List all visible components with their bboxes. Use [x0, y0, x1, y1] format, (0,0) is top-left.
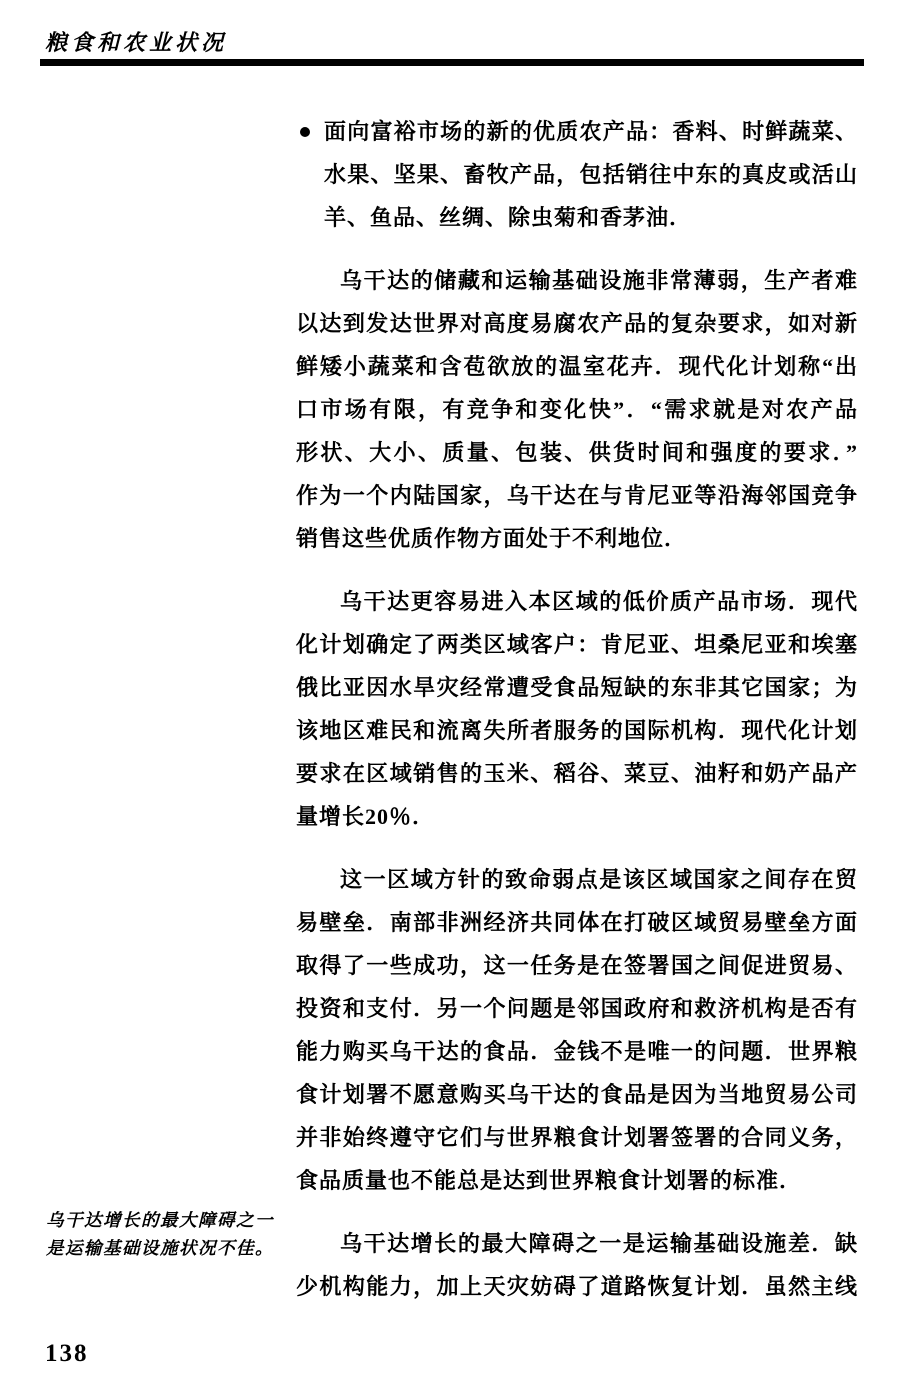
body-column: 面向富裕市场的新的优质农产品：香料、时鲜蔬菜、水果、坚果、畜牧产品，包括销往中东… — [296, 110, 858, 1328]
text-line: 鲜矮小蔬菜和含苞欲放的温室花卉．现代化计划称“出 — [296, 345, 858, 388]
text-line: 少机构能力，加上天灾妨碍了道路恢复计划．虽然主线 — [296, 1265, 858, 1308]
header-rule — [40, 59, 864, 66]
text-line: 要求在区域销售的玉米、稻谷、菜豆、油籽和奶产品产 — [296, 752, 858, 795]
text-line: 羊、鱼品、丝绸、除虫菊和香茅油． — [324, 196, 858, 239]
text-line: 乌干达增长的最大障碍之一是运输基础设施差．缺 — [296, 1222, 858, 1265]
text-line: 食计划署不愿意购买乌干达的食品是因为当地贸易公司 — [296, 1073, 858, 1116]
running-header: 粮食和农业状况 — [45, 26, 227, 57]
text-line: 量增长20％． — [296, 795, 858, 838]
body-paragraph: 乌干达增长的最大障碍之一是运输基础设施差．缺少机构能力，加上天灾妨碍了道路恢复计… — [296, 1222, 858, 1308]
margin-note-line: 乌干达增长的最大障碍之一 — [46, 1206, 286, 1234]
text-line: 化计划确定了两类区域客户：肯尼亚、坦桑尼亚和埃塞 — [296, 623, 858, 666]
page-number: 138 — [45, 1340, 89, 1368]
text-line: 这一区域方针的致命弱点是该区域国家之间存在贸 — [296, 858, 858, 901]
text-line: 乌干达的储藏和运输基础设施非常薄弱，生产者难 — [296, 259, 858, 302]
body-paragraph: 这一区域方针的致命弱点是该区域国家之间存在贸易壁垒．南部非洲经济共同体在打破区域… — [296, 858, 858, 1202]
text-line: 俄比亚因水旱灾经常遭受食品短缺的东非其它国家；为 — [296, 666, 858, 709]
text-line: 作为一个内陆国家，乌干达在与肯尼亚等沿海邻国竞争 — [296, 474, 858, 517]
text-line: 销售这些优质作物方面处于不利地位． — [296, 517, 858, 560]
body-paragraph: 乌干达的储藏和运输基础设施非常薄弱，生产者难以达到发达世界对高度易腐农产品的复杂… — [296, 259, 858, 560]
text-line: 面向富裕市场的新的优质农产品：香料、时鲜蔬菜、 — [324, 110, 858, 153]
margin-note: 乌干达增长的最大障碍之一 是运输基础设施状况不佳。 — [46, 1206, 286, 1262]
text-line: 乌干达更容易进入本区域的低价质产品市场．现代 — [296, 580, 858, 623]
bullet-icon — [300, 127, 310, 137]
text-line: 以达到发达世界对高度易腐农产品的复杂要求，如对新 — [296, 302, 858, 345]
document-page: 粮食和农业状况 面向富裕市场的新的优质农产品：香料、时鲜蔬菜、水果、坚果、畜牧产… — [0, 0, 900, 1400]
bullet-paragraph: 面向富裕市场的新的优质农产品：香料、时鲜蔬菜、水果、坚果、畜牧产品，包括销往中东… — [296, 110, 858, 239]
text-line: 易壁垒．南部非洲经济共同体在打破区域贸易壁垒方面 — [296, 901, 858, 944]
text-line: 水果、坚果、畜牧产品，包括销往中东的真皮或活山 — [324, 153, 858, 196]
text-line: 形状、大小、质量、包装、供货时间和强度的要求．” — [296, 431, 858, 474]
text-line: 口市场有限，有竞争和变化快”．“需求就是对农产品 — [296, 388, 858, 431]
text-line: 能力购买乌干达的食品．金钱不是唯一的问题．世界粮 — [296, 1030, 858, 1073]
text-line: 并非始终遵守它们与世界粮食计划署签署的合同义务， — [296, 1116, 858, 1159]
margin-note-line: 是运输基础设施状况不佳。 — [46, 1234, 286, 1262]
text-line: 投资和支付．另一个问题是邻国政府和救济机构是否有 — [296, 987, 858, 1030]
text-line: 该地区难民和流离失所者服务的国际机构．现代化计划 — [296, 709, 858, 752]
body-paragraph: 乌干达更容易进入本区域的低价质产品市场．现代化计划确定了两类区域客户：肯尼亚、坦… — [296, 580, 858, 838]
text-line: 食品质量也不能总是达到世界粮食计划署的标准． — [296, 1159, 858, 1202]
text-line: 取得了一些成功，这一任务是在签署国之间促进贸易、 — [296, 944, 858, 987]
